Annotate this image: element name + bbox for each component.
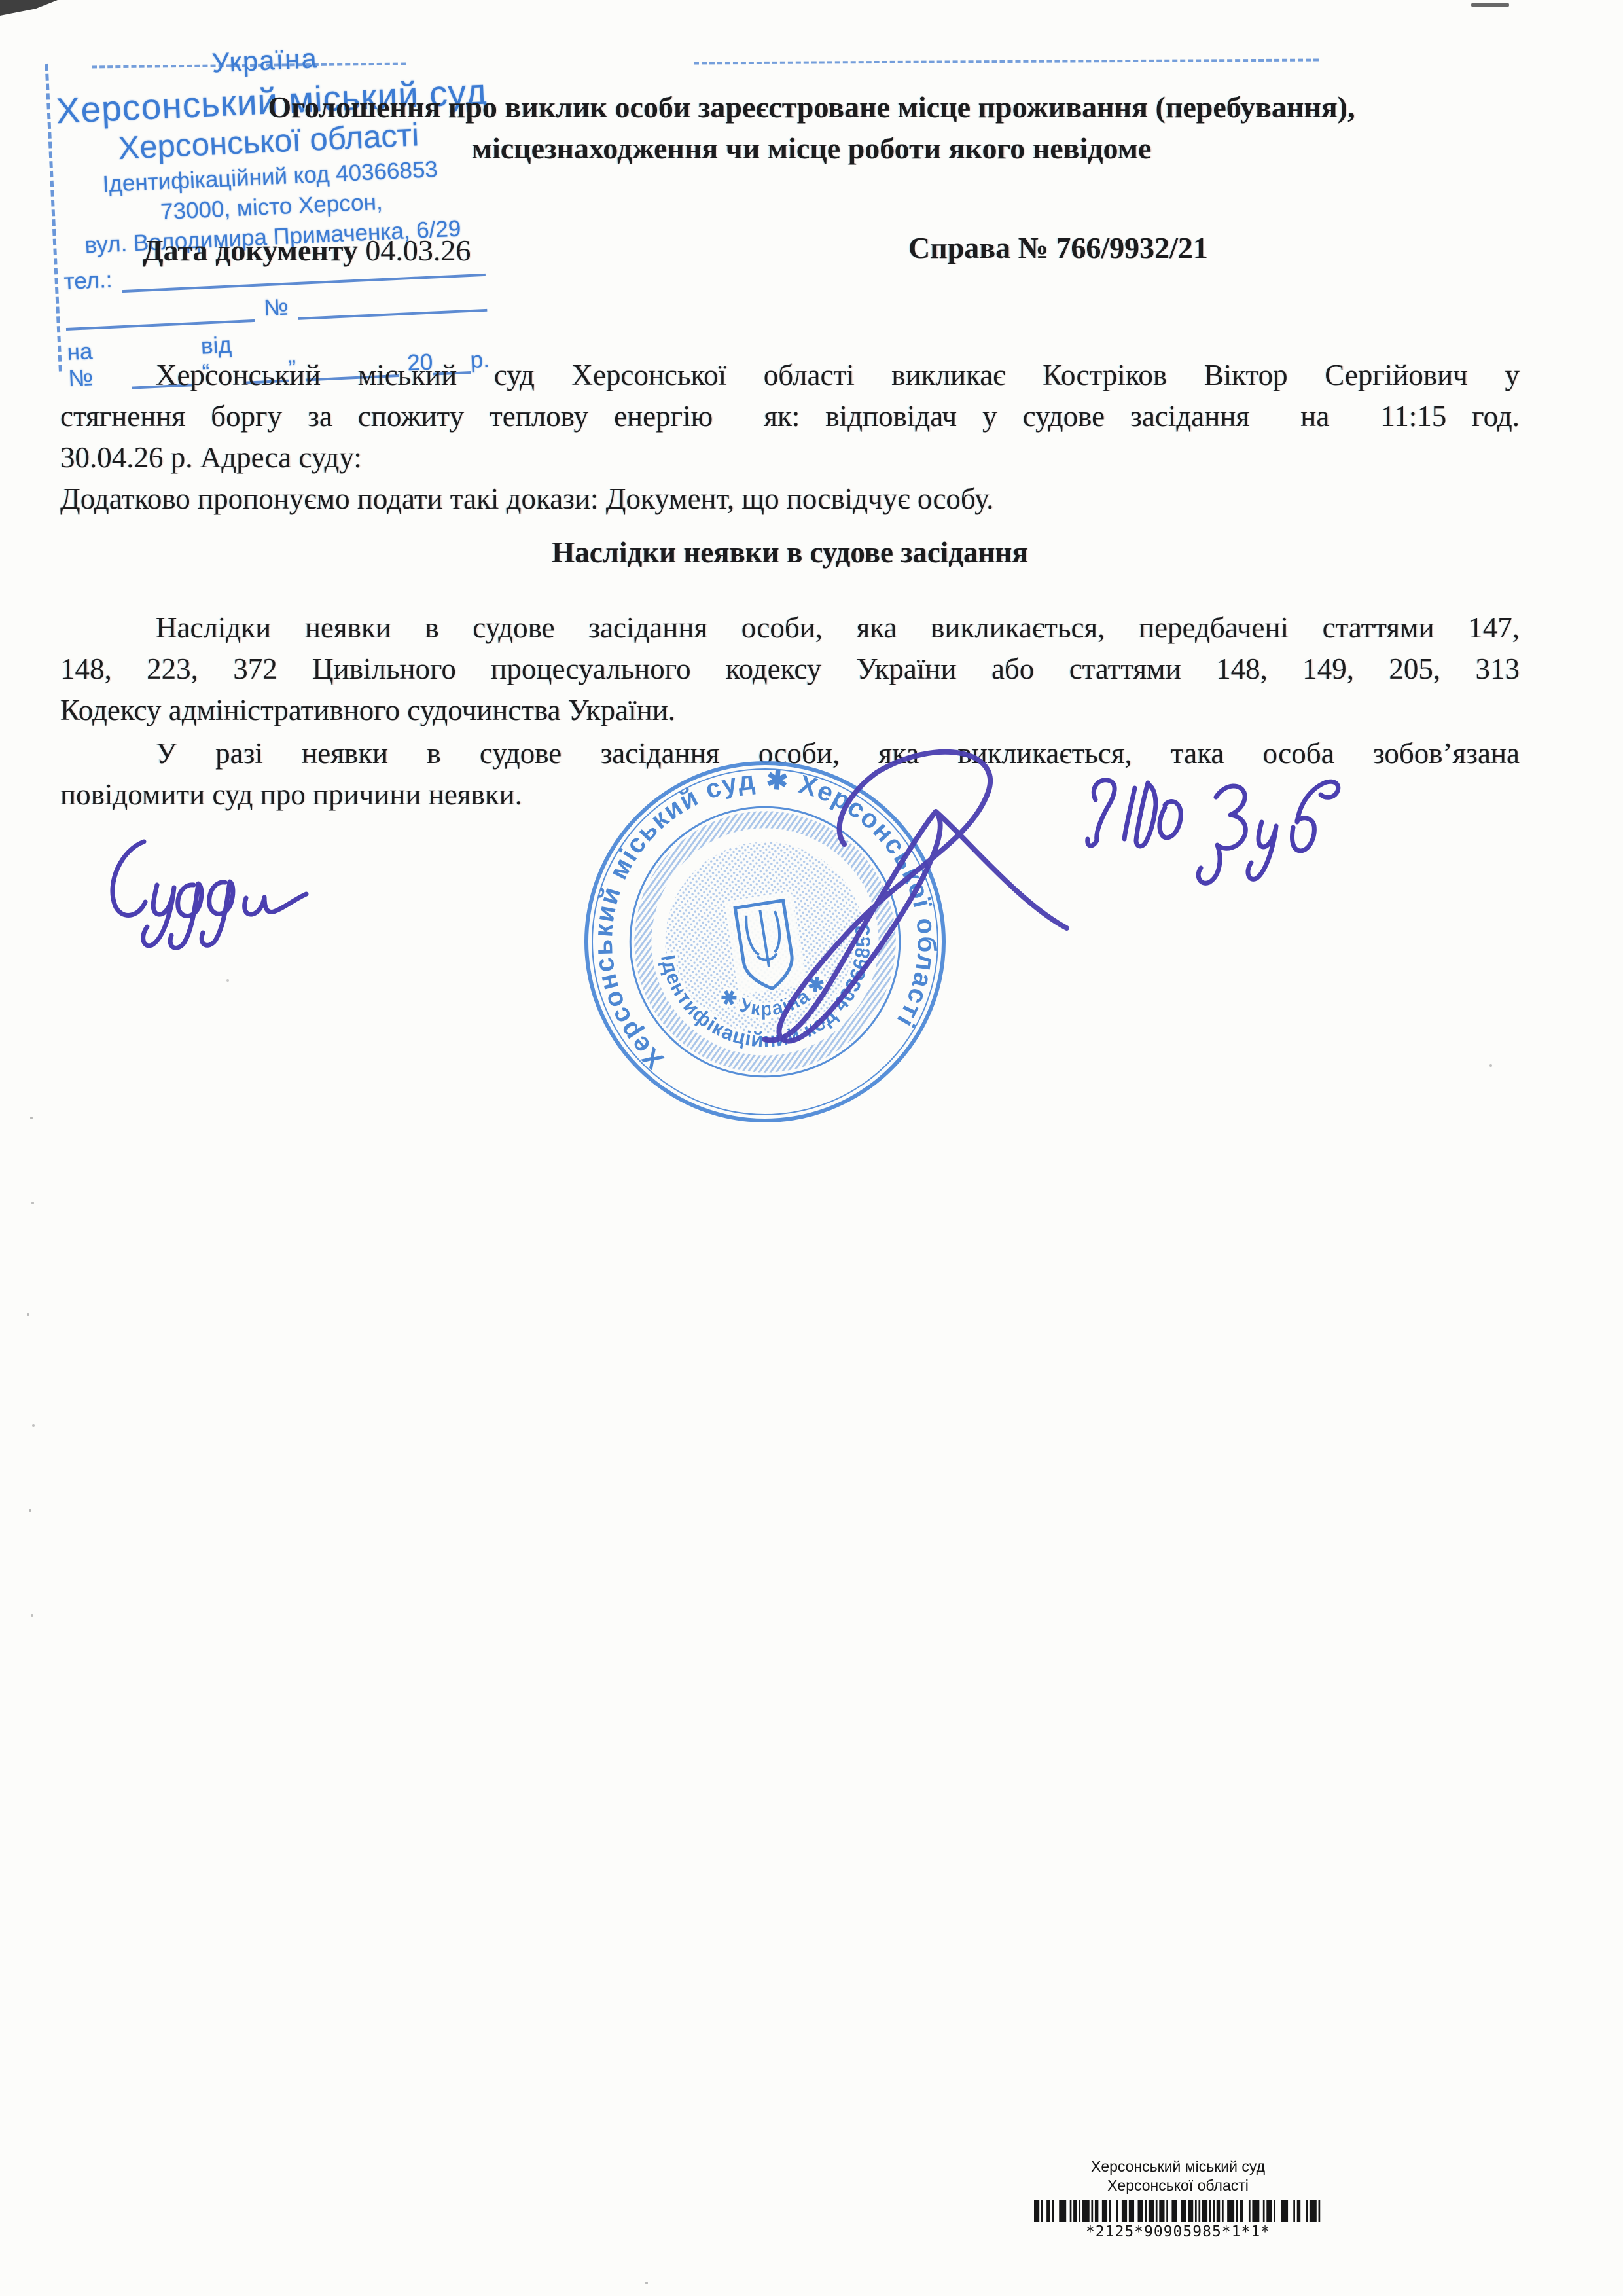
stamp-tel-label: тел.:	[63, 267, 113, 295]
consequences-paragraph: Наслідки неявки в судове засідання особи…	[60, 607, 1520, 731]
case-value: 766/9932/21	[1056, 231, 1208, 264]
section-heading: Наслідки неявки в судове засідання	[60, 535, 1520, 569]
barcode-bars	[1034, 2200, 1322, 2222]
stamp-number-label: №	[263, 295, 289, 322]
document-page: Україна Херсонський міський суд Херсонсь…	[0, 0, 1623, 2296]
footer-court-name: Херсонський міський суд	[969, 2157, 1387, 2176]
document-title-line1: Оголошення про виклик особи зареєстрован…	[92, 86, 1531, 128]
consequences-line: 148, 223, 372 Цивільного процесуального …	[60, 649, 1520, 690]
case-number: Справа № 766/9932/21	[908, 230, 1208, 265]
summons-line: стягнення боргу за спожиту теплову енерг…	[60, 396, 1520, 437]
summons-line: 30.04.26 р. Адреса суду:	[60, 437, 1520, 478]
consequences-line: Наслідки неявки в судове засідання особи…	[60, 607, 1520, 649]
document-title-line2: місцезнаходження чи місце роботи якого н…	[92, 128, 1531, 169]
consequences-line: Кодексу адміністративного судочинства Ук…	[60, 690, 1520, 731]
scan-artifact-dash	[1471, 3, 1509, 7]
case-label: Справа №	[908, 231, 1048, 264]
judge-pen-signature-overlay	[569, 732, 1080, 1098]
stamp-top-dash-right	[694, 58, 1319, 64]
document-title: Оголошення про виклик особи зареєстрован…	[92, 86, 1531, 169]
barcode-text: *2125*90905985*1*1*	[969, 2223, 1387, 2240]
document-date: Дата документу 04.03.26	[143, 233, 471, 268]
summons-paragraph: Херсонський міський суд Херсонської обла…	[60, 355, 1520, 520]
judge-word-signature	[84, 819, 313, 970]
stamp-number-blank-left	[65, 297, 255, 331]
date-value: 04.03.26	[365, 234, 471, 267]
scan-artifact-corner	[0, 0, 58, 16]
barcode	[1034, 2200, 1322, 2222]
stamp-number-blank-right	[297, 287, 488, 320]
footer-court-region: Херсонської області	[969, 2176, 1387, 2195]
scan-speckles	[30, 1117, 33, 1119]
judge-name-signature	[1061, 759, 1349, 890]
footer-block: Херсонський міський суд Херсонської обла…	[969, 2157, 1387, 2240]
summons-line: Херсонський міський суд Херсонської обла…	[60, 355, 1520, 396]
summons-line: Додатково пропонуємо подати такі докази:…	[60, 478, 1520, 520]
date-label: Дата документу	[143, 234, 358, 267]
